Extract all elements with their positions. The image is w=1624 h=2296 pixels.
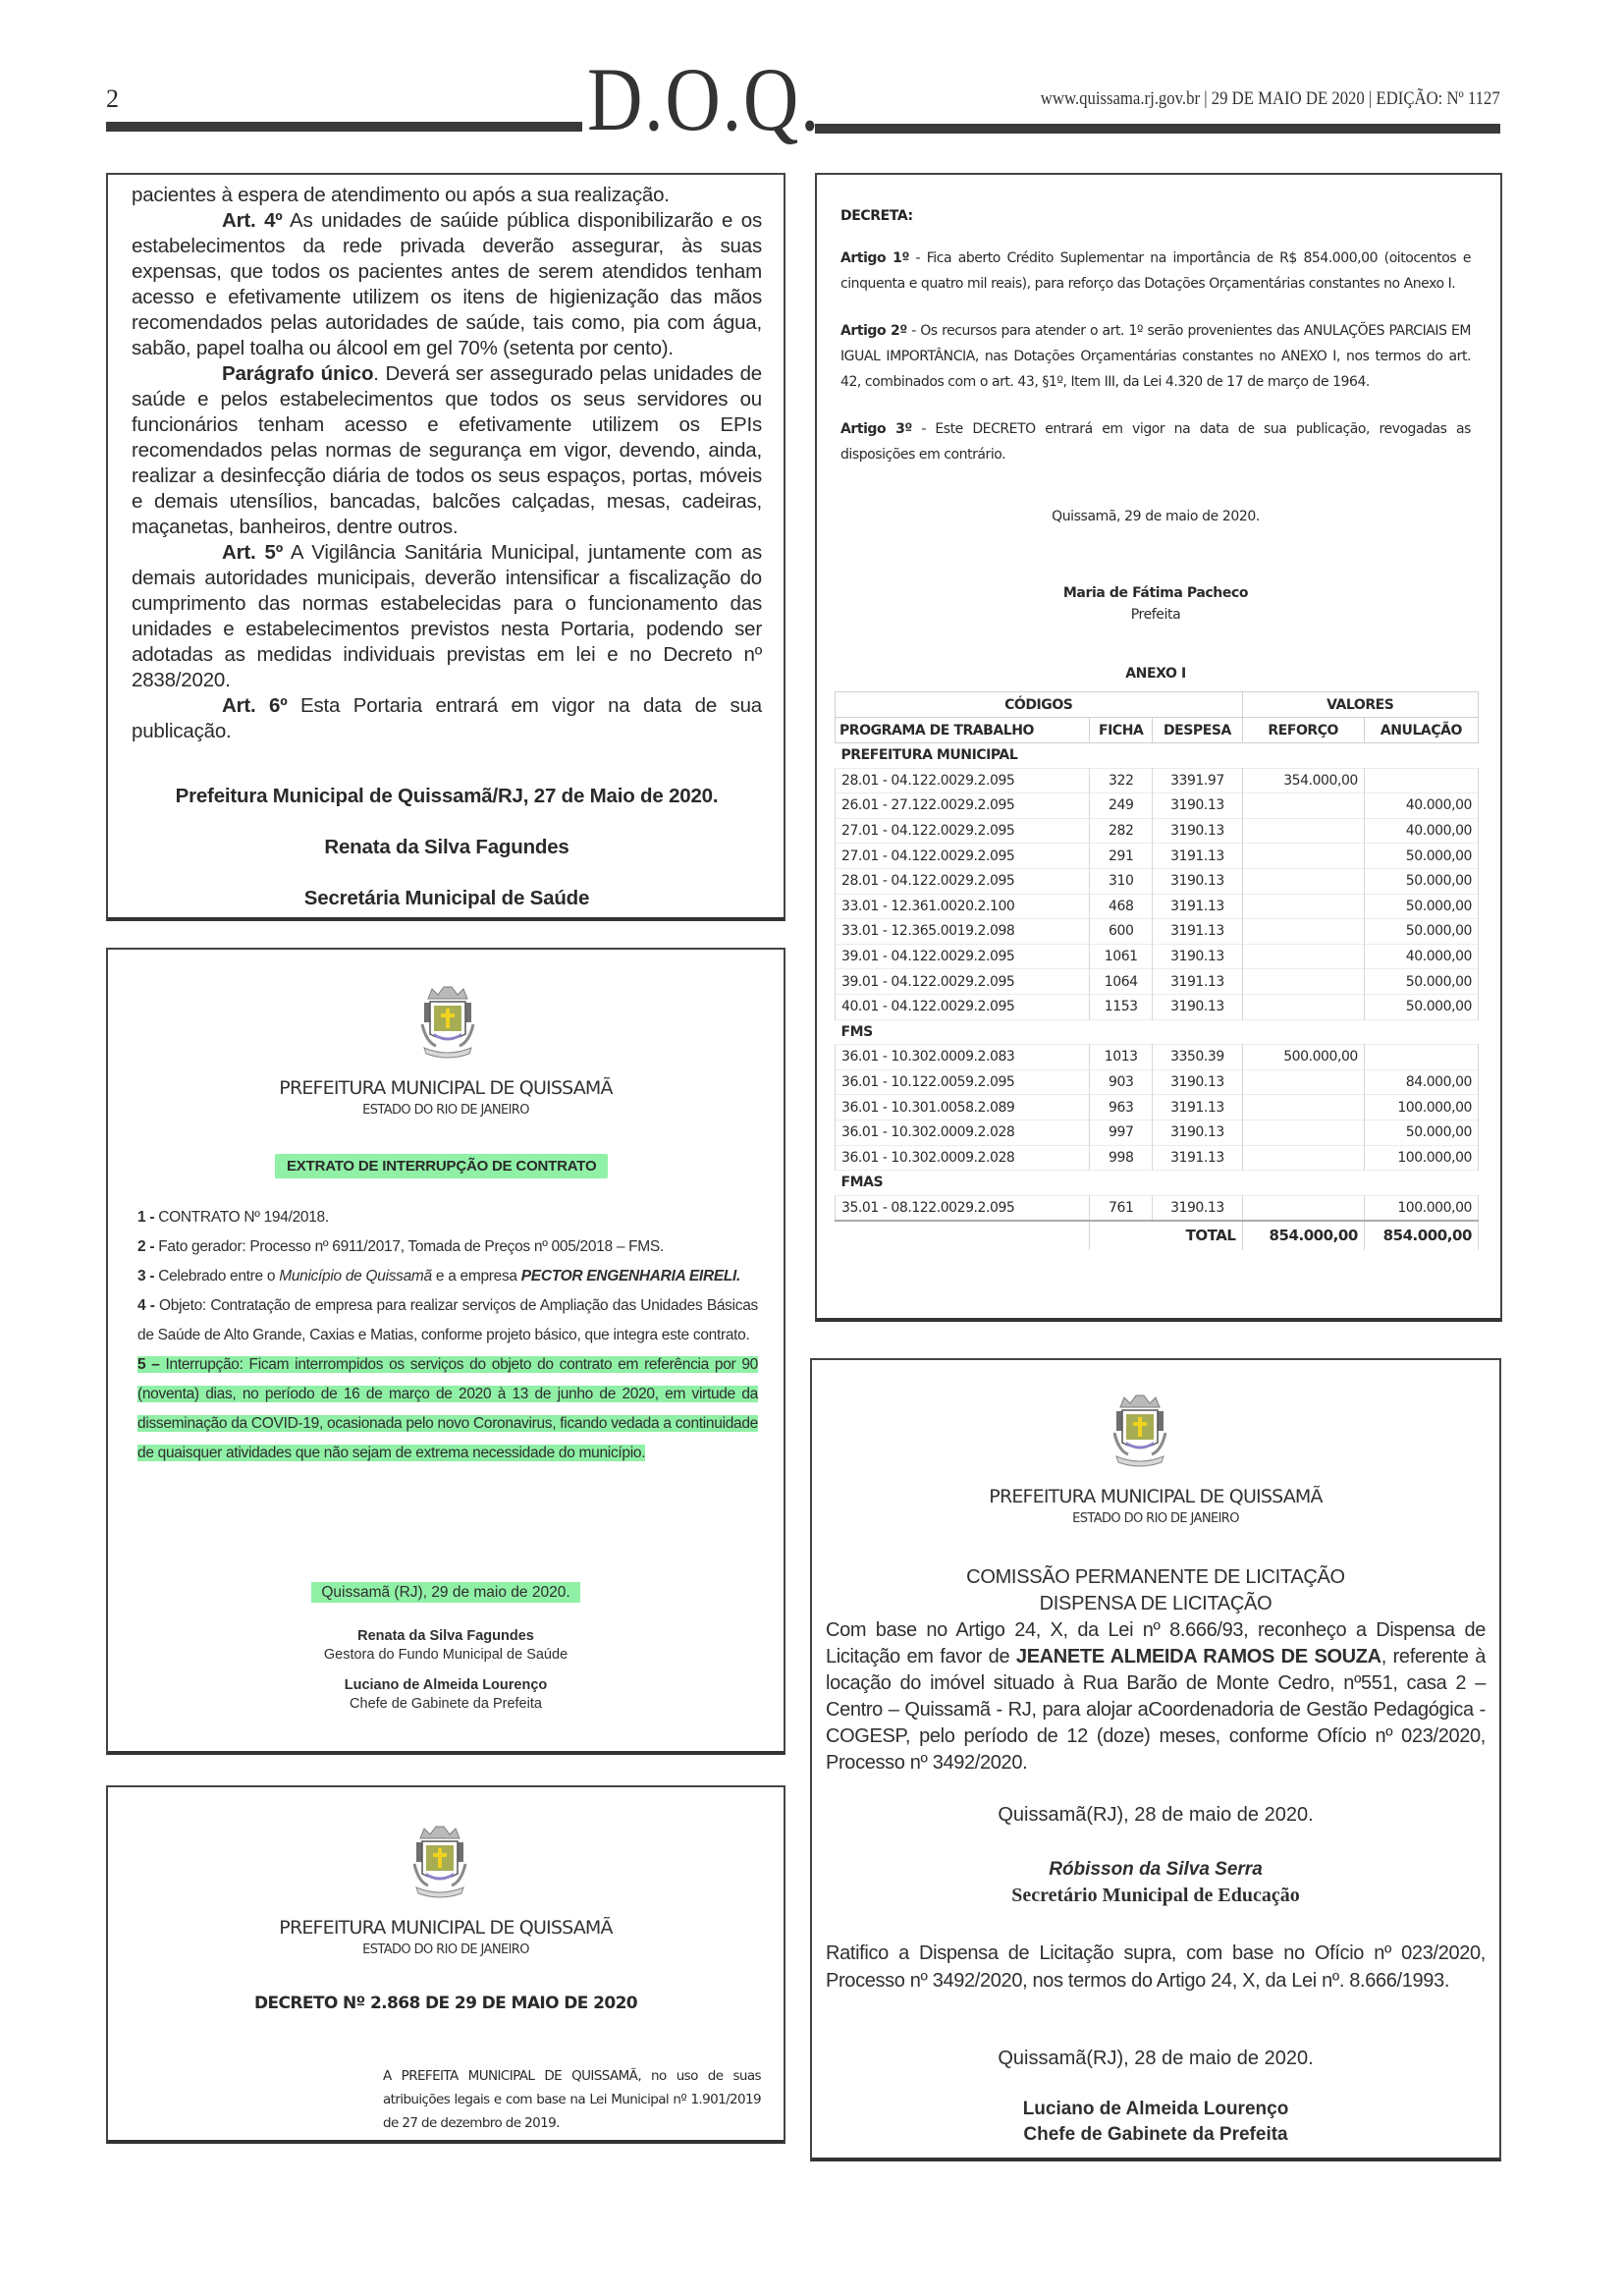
table-row: 27.01 - 04.122.0029.2.0952823190.1340.00…	[836, 818, 1479, 844]
cell-reforco: 500.000,00	[1242, 1045, 1364, 1070]
cell-reforco	[1242, 1095, 1364, 1121]
group-header-valores: VALORES	[1242, 692, 1478, 718]
artigo-1-label: Artigo 1º	[840, 250, 909, 266]
portaria-intro: pacientes à espera de atendimento ou apó…	[132, 183, 762, 208]
item-number: 5 –	[137, 1356, 160, 1373]
item-number: 2 -	[137, 1238, 154, 1255]
cell-programa: 36.01 - 10.122.0059.2.095	[836, 1069, 1090, 1095]
table-row: 33.01 - 12.361.0020.2.1004683191.1350.00…	[836, 894, 1479, 919]
cell-programa: 36.01 - 10.302.0009.2.028	[836, 1145, 1090, 1171]
table-row: 36.01 - 10.302.0009.2.0289973190.1350.00…	[836, 1120, 1479, 1145]
article-5: Art. 5º A Vigilância Sanitária Municipal…	[132, 540, 762, 693]
table-row: 28.01 - 04.122.0029.2.0953223391.97354.0…	[836, 768, 1479, 793]
dispensa-title: DISPENSA DE LICITAÇÃO	[812, 1591, 1499, 1617]
annex-table: CÓDIGOS VALORES PROGRAMA DE TRABALHO FIC…	[835, 691, 1479, 1250]
artigo-3: Artigo 3º - Este DECRETO entrará em vigo…	[840, 416, 1471, 467]
column-programa: PROGRAMA DE TRABALHO	[836, 718, 1090, 743]
article-6-label: Art. 6º	[222, 694, 288, 717]
table-row: 36.01 - 10.302.0009.2.08310133350.39500.…	[836, 1045, 1479, 1070]
portaria-section: pacientes à espera de atendimento ou apó…	[106, 173, 785, 921]
cell-anulacao	[1364, 1045, 1478, 1070]
cell-anulacao	[1364, 768, 1478, 793]
artigo-1-text: - Fica aberto Crédito Suplementar na imp…	[840, 250, 1471, 292]
party-municipality: Município de Quissamã	[279, 1268, 432, 1285]
org-name: PREFEITURA MUNICIPAL DE QUISSAMÃ	[108, 1917, 784, 1939]
artigo-2: Artigo 2º - Os recursos para atender o a…	[840, 318, 1471, 395]
cell-programa: 28.01 - 04.122.0029.2.095	[836, 868, 1090, 894]
extrato-items: 1 - CONTRATO Nº 194/2018. 2 - Fato gerad…	[137, 1203, 758, 1468]
cell-anulacao: 50.000,00	[1364, 894, 1478, 919]
signer-1-role: Gestora do Fundo Municipal de Saúde	[318, 1646, 573, 1665]
table-row: 26.01 - 27.122.0029.2.0952493190.1340.00…	[836, 793, 1479, 819]
cell-programa: 39.01 - 04.122.0029.2.095	[836, 969, 1090, 995]
item-text: CONTRATO Nº 194/2018.	[154, 1209, 329, 1226]
cell-ficha: 1153	[1090, 994, 1153, 1019]
extrato-date: Quissamã (RJ), 29 de maio de 2020.	[108, 1584, 784, 1602]
cell-programa: 27.01 - 04.122.0029.2.095	[836, 844, 1090, 869]
dispensa-section: PREFEITURA MUNICIPAL DE QUISSAMÃ ESTADO …	[810, 1358, 1501, 2161]
cell-reforco	[1242, 1195, 1364, 1221]
item-number: 1 -	[137, 1209, 154, 1226]
cell-anulacao: 100.000,00	[1364, 1195, 1478, 1221]
cell-reforco	[1242, 793, 1364, 819]
cell-despesa: 3191.13	[1153, 1145, 1242, 1171]
total-anulacao: 854.000,00	[1364, 1221, 1478, 1250]
edition-line: www.quissama.rj.gov.br | 29 DE MAIO DE 2…	[1041, 88, 1500, 110]
article-5-label: Art. 5º	[222, 541, 283, 564]
cell-despesa: 3191.13	[1153, 844, 1242, 869]
table-row: 28.01 - 04.122.0029.2.0953103190.1350.00…	[836, 868, 1479, 894]
cell-reforco	[1242, 868, 1364, 894]
cell-despesa: 3391.97	[1153, 768, 1242, 793]
cell-reforco	[1242, 919, 1364, 945]
item-text: Interrupção: Ficam interrompidos os serv…	[137, 1356, 758, 1461]
table-row: 35.01 - 08.122.0029.2.0957613190.13100.0…	[836, 1195, 1479, 1221]
page-number: 2	[106, 84, 119, 114]
cell-ficha: 997	[1090, 1120, 1153, 1145]
cell-ficha: 468	[1090, 894, 1153, 919]
party-company: PECTOR ENGENHARIA EIRELI.	[521, 1268, 740, 1285]
paragrafo-unico-text: . Deverá ser assegurado pelas unidades d…	[132, 362, 762, 538]
dispensa-signer-1-role: Secretário Municipal de Educação	[812, 1885, 1499, 1907]
masthead-rule-right	[815, 124, 1500, 134]
cell-despesa: 3190.13	[1153, 793, 1242, 819]
cell-ficha: 1013	[1090, 1045, 1153, 1070]
org-name: PREFEITURA MUNICIPAL DE QUISSAMÃ	[108, 1077, 784, 1099]
cell-ficha: 322	[1090, 768, 1153, 793]
cell-programa: 35.01 - 08.122.0029.2.095	[836, 1195, 1090, 1221]
cell-despesa: 3190.13	[1153, 944, 1242, 969]
cell-reforco	[1242, 944, 1364, 969]
annex-title: ANEXO I	[840, 666, 1471, 682]
column-anulacao: ANULAÇÃO	[1364, 718, 1478, 743]
coat-of-arms-icon	[416, 985, 479, 1060]
cell-programa: 27.01 - 04.122.0029.2.095	[836, 818, 1090, 844]
cell-anulacao: 84.000,00	[1364, 1069, 1478, 1095]
dispensa-signer-2-name: Luciano de Almeida Lourenço	[812, 2099, 1499, 2120]
annex-section-header: FMAS	[836, 1171, 1479, 1196]
section-name: FMAS	[836, 1171, 1479, 1196]
table-row: 36.01 - 10.302.0009.2.0289983191.13100.0…	[836, 1145, 1479, 1171]
cell-anulacao: 40.000,00	[1364, 793, 1478, 819]
dispensa-signer-2-role: Chefe de Gabinete da Prefeita	[812, 2124, 1499, 2146]
article-6: Art. 6º Esta Portaria entrará em vigor n…	[132, 693, 762, 744]
decreto-preamble: A PREFEITA MUNICIPAL DE QUISSAMÃ, no uso…	[383, 2064, 761, 2135]
table-row: 27.01 - 04.122.0029.2.0952913191.1350.00…	[836, 844, 1479, 869]
table-row: 39.01 - 04.122.0029.2.09510643191.1350.0…	[836, 969, 1479, 995]
cell-programa: 26.01 - 27.122.0029.2.095	[836, 793, 1090, 819]
cell-reforco	[1242, 818, 1364, 844]
cell-anulacao: 40.000,00	[1364, 944, 1478, 969]
artigo-3-label: Artigo 3º	[840, 421, 912, 437]
cell-reforco	[1242, 994, 1364, 1019]
table-row: 33.01 - 12.365.0019.2.0986003191.1350.00…	[836, 919, 1479, 945]
column-reforco: REFORÇO	[1242, 718, 1364, 743]
item-text: Celebrado entre o	[154, 1268, 279, 1285]
cell-programa: 36.01 - 10.302.0009.2.083	[836, 1045, 1090, 1070]
signer-1-name: Renata da Silva Fagundes	[108, 1627, 784, 1646]
extrato-item-4: 4 - Objeto: Contratação de empresa para …	[137, 1291, 758, 1350]
cell-programa: 39.01 - 04.122.0029.2.095	[836, 944, 1090, 969]
cell-ficha: 761	[1090, 1195, 1153, 1221]
cell-anulacao: 100.000,00	[1364, 1095, 1478, 1121]
cell-programa: 28.01 - 04.122.0029.2.095	[836, 768, 1090, 793]
annex-group-header: CÓDIGOS VALORES	[836, 692, 1479, 718]
newspaper-title: D.O.Q.	[587, 47, 821, 151]
portaria-signer-name: Renata da Silva Fagundes	[132, 835, 762, 860]
cell-reforco	[1242, 844, 1364, 869]
masthead: 2 D.O.Q. www.quissama.rj.gov.br | 29 DE …	[106, 57, 1500, 145]
beneficiary-name: JEANETE ALMEIDA RAMOS DE SOUZA	[1016, 1646, 1381, 1667]
org-name: PREFEITURA MUNICIPAL DE QUISSAMÃ	[812, 1486, 1499, 1507]
table-row: 40.01 - 04.122.0029.2.09511533190.1350.0…	[836, 994, 1479, 1019]
table-row: 36.01 - 10.301.0058.2.0899633191.13100.0…	[836, 1095, 1479, 1121]
decreto-title: DECRETO Nº 2.868 DE 29 DE MAIO DE 2020	[108, 1994, 784, 2013]
cell-anulacao: 50.000,00	[1364, 994, 1478, 1019]
extrato-item-1: 1 - CONTRATO Nº 194/2018.	[137, 1203, 758, 1232]
cell-reforco: 354.000,00	[1242, 768, 1364, 793]
committee-name: COMISSÃO PERMANENTE DE LICITAÇÃO	[812, 1564, 1499, 1591]
decreta-section: DECRETA: Artigo 1º - Fica aberto Crédito…	[815, 173, 1502, 1322]
portaria-signer-role: Secretária Municipal de Saúde	[132, 886, 762, 911]
table-row: 39.01 - 04.122.0029.2.09510613190.1340.0…	[836, 944, 1479, 969]
extrato-item-3: 3 - Celebrado entre o Município de Quiss…	[137, 1262, 758, 1291]
org-state: ESTADO DO RIO DE JANEIRO	[108, 1103, 784, 1118]
artigo-2-text: - Os recursos para atender o art. 1º ser…	[840, 323, 1471, 390]
cell-despesa: 3190.13	[1153, 868, 1242, 894]
dispensa-signer-1-name: Róbisson da Silva Serra	[812, 1859, 1499, 1881]
cell-despesa: 3191.13	[1153, 894, 1242, 919]
cell-programa: 33.01 - 12.361.0020.2.100	[836, 894, 1090, 919]
article-4-label: Art. 4º	[222, 209, 283, 232]
cell-despesa: 3191.13	[1153, 969, 1242, 995]
decreta-heading: DECRETA:	[840, 208, 1471, 224]
artigo-1: Artigo 1º - Fica aberto Crédito Suplemen…	[840, 246, 1471, 297]
annex-section-header: FMS	[836, 1019, 1479, 1045]
dispensa-date-1: Quissamã(RJ), 28 de maio de 2020.	[812, 1804, 1499, 1827]
total-blank	[836, 1221, 1090, 1250]
signer-2-role: Chefe de Gabinete da Prefeita	[318, 1695, 573, 1714]
cell-programa: 33.01 - 12.365.0019.2.098	[836, 919, 1090, 945]
org-state: ESTADO DO RIO DE JANEIRO	[812, 1511, 1499, 1526]
cell-programa: 36.01 - 10.302.0009.2.028	[836, 1120, 1090, 1145]
section-name: FMS	[836, 1019, 1479, 1045]
cell-ficha: 998	[1090, 1145, 1153, 1171]
cell-despesa: 3191.13	[1153, 1095, 1242, 1121]
cell-anulacao: 50.000,00	[1364, 1120, 1478, 1145]
cell-reforco	[1242, 1069, 1364, 1095]
cell-reforco	[1242, 894, 1364, 919]
dispensa-body: Com base no Artigo 24, X, da Lei nº 8.66…	[826, 1617, 1486, 1777]
cell-anulacao: 50.000,00	[1364, 919, 1478, 945]
extrato-item-5: 5 – Interrupção: Ficam interrompidos os …	[137, 1350, 758, 1468]
extrato-signatures: Renata da Silva Fagundes Gestora do Fund…	[108, 1627, 784, 1714]
cell-despesa: 3191.13	[1153, 919, 1242, 945]
column-ficha: FICHA	[1090, 718, 1153, 743]
group-header-codigos: CÓDIGOS	[836, 692, 1243, 718]
annex-column-header: PROGRAMA DE TRABALHO FICHA DESPESA REFOR…	[836, 718, 1479, 743]
extrato-date-text: Quissamã (RJ), 29 de maio de 2020.	[311, 1582, 579, 1603]
cell-anulacao: 50.000,00	[1364, 969, 1478, 995]
cell-anulacao: 40.000,00	[1364, 818, 1478, 844]
cell-despesa: 3190.13	[1153, 994, 1242, 1019]
cell-ficha: 600	[1090, 919, 1153, 945]
annex-table-body: PREFEITURA MUNICIPAL28.01 - 04.122.0029.…	[836, 743, 1479, 1250]
decreto-section: PREFEITURA MUNICIPAL DE QUISSAMÃ ESTADO …	[106, 1785, 785, 2144]
cell-despesa: 3190.13	[1153, 1069, 1242, 1095]
decreta-signer-name: Maria de Fátima Pacheco	[840, 585, 1471, 601]
cell-ficha: 310	[1090, 868, 1153, 894]
cell-ficha: 903	[1090, 1069, 1153, 1095]
coat-of-arms-icon	[1109, 1394, 1171, 1468]
cell-ficha: 1064	[1090, 969, 1153, 995]
cell-reforco	[1242, 969, 1364, 995]
article-4: Art. 4º As unidades de saúide pública di…	[132, 208, 762, 361]
item-text: Objeto: Contratação de empresa para real…	[137, 1297, 758, 1343]
cell-reforco	[1242, 1145, 1364, 1171]
cell-programa: 40.01 - 04.122.0029.2.095	[836, 994, 1090, 1019]
cell-ficha: 291	[1090, 844, 1153, 869]
cell-ficha: 1061	[1090, 944, 1153, 969]
paragrafo-unico-label: Parágrafo único	[222, 362, 373, 385]
cell-despesa: 3190.13	[1153, 818, 1242, 844]
cell-despesa: 3350.39	[1153, 1045, 1242, 1070]
item-text: e a empresa	[432, 1268, 521, 1285]
cell-ficha: 249	[1090, 793, 1153, 819]
cell-anulacao: 50.000,00	[1364, 844, 1478, 869]
total-reforco: 854.000,00	[1242, 1221, 1364, 1250]
item-number: 3 -	[137, 1268, 154, 1285]
dispensa-date-2: Quissamã(RJ), 28 de maio de 2020.	[812, 2048, 1499, 2070]
cell-anulacao: 100.000,00	[1364, 1145, 1478, 1171]
item-number: 4 -	[137, 1297, 155, 1314]
ratification-text: Ratifico a Dispensa de Licitação supra, …	[826, 1940, 1486, 1995]
artigo-3-text: - Este DECRETO entrará em vigor na data …	[840, 421, 1471, 463]
table-total-row: TOTAL854.000,00854.000,00	[836, 1221, 1479, 1250]
cell-despesa: 3190.13	[1153, 1120, 1242, 1145]
dispensa-heading: COMISSÃO PERMANENTE DE LICITAÇÃO DISPENS…	[812, 1564, 1499, 1617]
portaria-place-date: Prefeitura Municipal de Quissamã/RJ, 27 …	[132, 784, 762, 809]
cell-anulacao: 50.000,00	[1364, 868, 1478, 894]
cell-reforco	[1242, 1120, 1364, 1145]
cell-ficha: 282	[1090, 818, 1153, 844]
extrato-section: PREFEITURA MUNICIPAL DE QUISSAMÃ ESTADO …	[106, 948, 785, 1755]
paragrafo-unico: Parágrafo único. Deverá ser assegurado p…	[132, 361, 762, 540]
extrato-item-2: 2 - Fato gerador: Processo nº 6911/2017,…	[137, 1232, 758, 1262]
table-row: 36.01 - 10.122.0059.2.0959033190.1384.00…	[836, 1069, 1479, 1095]
artigo-2-label: Artigo 2º	[840, 323, 907, 339]
extrato-title: EXTRATO DE INTERRUPÇÃO DE CONTRATO	[275, 1154, 608, 1178]
cell-ficha: 963	[1090, 1095, 1153, 1121]
decreta-signer-role: Prefeita	[840, 607, 1471, 623]
coat-of-arms-icon	[408, 1825, 471, 1899]
cell-despesa: 3190.13	[1153, 1195, 1242, 1221]
total-label: TOTAL	[1090, 1221, 1242, 1250]
masthead-rule-left	[106, 122, 582, 132]
decreta-date: Quissamã, 29 de maio de 2020.	[840, 509, 1471, 524]
column-despesa: DESPESA	[1153, 718, 1242, 743]
item-text: Fato gerador: Processo nº 6911/2017, Tom…	[154, 1238, 664, 1255]
signer-2-name: Luciano de Almeida Lourenço	[108, 1676, 784, 1695]
cell-programa: 36.01 - 10.301.0058.2.089	[836, 1095, 1090, 1121]
annex-section-header: PREFEITURA MUNICIPAL	[836, 743, 1479, 769]
org-state: ESTADO DO RIO DE JANEIRO	[108, 1942, 784, 1957]
section-name: PREFEITURA MUNICIPAL	[836, 743, 1479, 769]
